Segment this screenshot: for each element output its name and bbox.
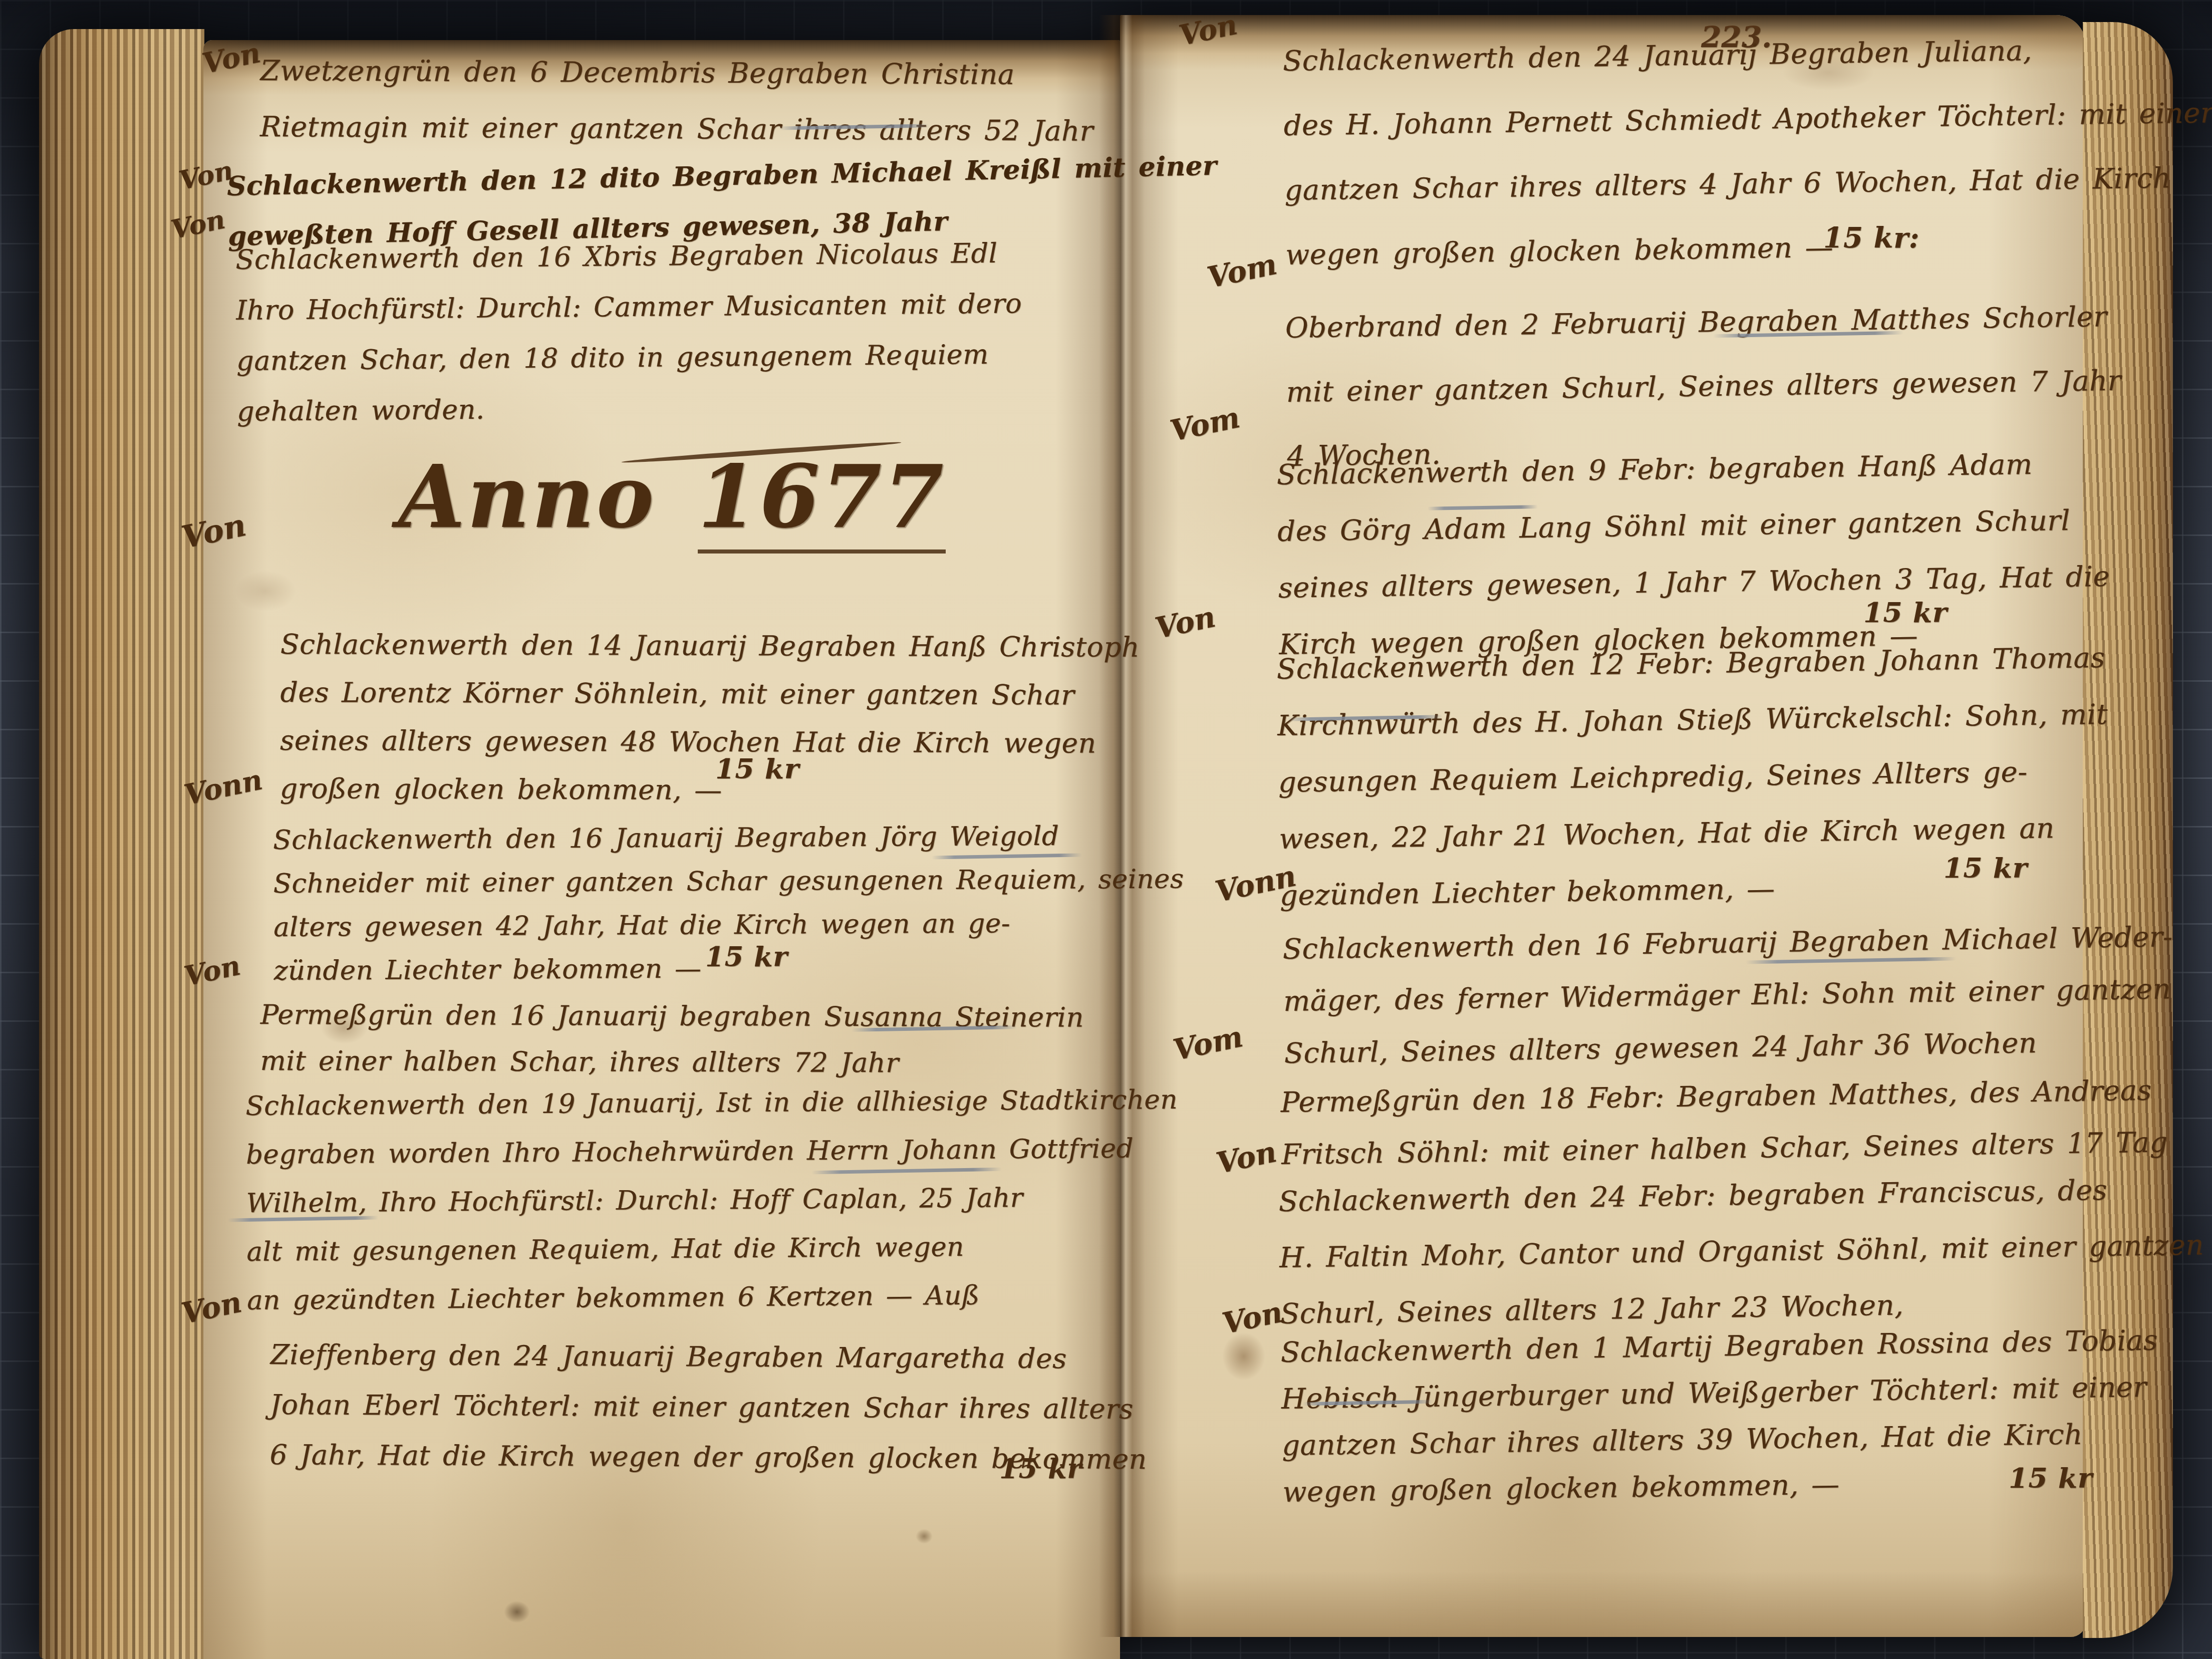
entry-line: Wilhelm, Ihro Hochfürstl: Durchl: Hoff C… bbox=[277, 1173, 1128, 1228]
entry-line: Zwetzengrün den 6 Decembris Begraben Chr… bbox=[291, 43, 1102, 103]
entry-line: gehalten worden. bbox=[268, 379, 1099, 436]
entry-line: gesungen Requiem Leichpredig, Seines All… bbox=[1309, 743, 2110, 810]
margin-note: Von bbox=[1176, 8, 1240, 53]
fee-amount: 15 kr bbox=[2009, 1462, 2093, 1494]
burial-entry: Schlackenwerth den 16 Januarij Begraben … bbox=[273, 814, 1126, 993]
burial-entry: Permeßgrün den 16 Januarij begraben Susa… bbox=[260, 992, 1122, 1087]
margin-note: Von bbox=[178, 1285, 244, 1331]
entry-line: Schlackenwerth den 14 Januarij Begraben … bbox=[312, 620, 1107, 671]
burial-entry: Schlackenwerth den 19 Januarij, Ist in d… bbox=[245, 1076, 1129, 1325]
anno-year: 1677 bbox=[698, 446, 946, 554]
margin-note: Von bbox=[1213, 1135, 1279, 1181]
fee-amount: 15 kr bbox=[1863, 596, 1948, 629]
fee-amount: 15 kr bbox=[705, 941, 788, 973]
entry-line: seines allters gewesen 48 Wochen Hat die… bbox=[311, 716, 1107, 767]
entry-line: Schlackenwerth den 12 Febr: Begraben Joh… bbox=[1307, 630, 2108, 697]
burial-entry: Zwetzengrün den 6 Decembris Begraben Chr… bbox=[260, 43, 1102, 160]
margin-note: Von bbox=[1219, 1295, 1285, 1341]
fee-amount: 15 kr: bbox=[1823, 221, 1919, 254]
entry-line: des Görg Adam Lang Söhnl mit einer gantz… bbox=[1308, 492, 2109, 560]
burial-entry: Schlackenwerth den 24 Febr: begraben Fra… bbox=[1278, 1162, 2127, 1342]
entry-line: Oberbrand den 2 Februarij Begraben Matth… bbox=[1316, 285, 2107, 360]
margin-note: Vom bbox=[1204, 247, 1280, 295]
handwriting-layer: 223. Von Zwetzengrün den 6 Decembris Beg… bbox=[0, 0, 2212, 1659]
entry-line: Johan Eberl Töchterl: mit einer gantzen … bbox=[301, 1379, 1132, 1434]
entry-line: alt mit gesungenen Requiem, Hat die Kirc… bbox=[278, 1222, 1129, 1276]
anno-heading: Anno 1677 bbox=[398, 446, 946, 547]
entry-line: wegen großen glocken bekommen — bbox=[1316, 211, 2107, 287]
open-register-book: 223. Von Zwetzengrün den 6 Decembris Beg… bbox=[0, 0, 2212, 1659]
entry-line: großen glocken bekommen, — bbox=[311, 764, 1107, 815]
burial-entry: Schlackenwerth den 24 Januarij Begraben … bbox=[1282, 18, 2107, 288]
entry-line: Schlackenwerth den 19 Januarij, Ist in d… bbox=[276, 1076, 1128, 1131]
margin-note: Vom bbox=[1167, 400, 1243, 448]
entry-line: Schlackenwerth den 24 Januarij Begraben … bbox=[1313, 18, 2105, 93]
margin-note: Von bbox=[181, 949, 243, 992]
burial-entry: Schlackenwerth den 16 Februarij Begraben… bbox=[1282, 912, 2121, 1080]
entry-line: mit einer gantzen Schurl, Seines allters… bbox=[1317, 349, 2108, 424]
entry-line: Zieffenberg den 24 Januarij Begraben Mar… bbox=[301, 1329, 1132, 1384]
burial-entry: Schlackenwerth den 14 Januarij Begraben … bbox=[280, 620, 1107, 815]
margin-note: Von bbox=[168, 204, 227, 245]
entry-line: des Lorentz Körner Söhnlein, mit einer g… bbox=[311, 668, 1107, 719]
margin-note: Vom bbox=[1170, 1019, 1246, 1067]
margin-note: Von bbox=[178, 506, 249, 556]
entry-line: Schlackenwerth den 16 Xbris Begraben Nic… bbox=[266, 227, 1097, 285]
entry-line: Kirchnwürth des H. Johan Stieß Würckelsc… bbox=[1308, 686, 2109, 754]
burial-entry: Schlackenwerth den 1 Martij Begraben Ros… bbox=[1280, 1318, 2114, 1516]
entry-line: gantzen Schar, den 18 dito in gesungenem… bbox=[267, 328, 1098, 386]
margin-note: Vonn bbox=[181, 763, 265, 811]
entry-line: Schneider mit einer gantzen Schar gesung… bbox=[304, 858, 1125, 906]
anno-word: Anno bbox=[398, 446, 656, 547]
fee-amount: 15 kr bbox=[999, 1453, 1082, 1485]
entry-line: Schlackenwerth den 9 Febr: begraben Hanß… bbox=[1307, 435, 2108, 503]
entry-line: an gezündten Liechter bekommen 6 Kertzen… bbox=[278, 1270, 1129, 1325]
margin-note: Von bbox=[199, 36, 263, 81]
fee-amount: 15 kr bbox=[715, 752, 799, 785]
entry-line: Ihro Hochfürstl: Durchl: Cammer Musicant… bbox=[267, 278, 1098, 335]
entry-line: Permeßgrün den 16 Januarij begraben Susa… bbox=[292, 992, 1122, 1041]
entry-line: seines allters gewesen, 1 Jahr 7 Wochen … bbox=[1309, 548, 2110, 616]
margin-note: Von bbox=[1152, 600, 1218, 646]
fee-amount: 15 kr bbox=[1944, 852, 2028, 884]
entry-line: des H. Johann Pernett Schmiedt Apotheker… bbox=[1314, 82, 2106, 158]
entry-line: gantzen Schar ihres allters 4 Jahr 6 Woc… bbox=[1315, 147, 2107, 222]
entry-line: H. Faltin Mohr, Cantor und Organist Söhn… bbox=[1310, 1218, 2126, 1286]
burial-entry: Schlackenwerth den 16 Xbris Begraben Nic… bbox=[235, 227, 1098, 437]
manuscript-photo: 223. Von Zwetzengrün den 6 Decembris Beg… bbox=[0, 0, 2212, 1659]
